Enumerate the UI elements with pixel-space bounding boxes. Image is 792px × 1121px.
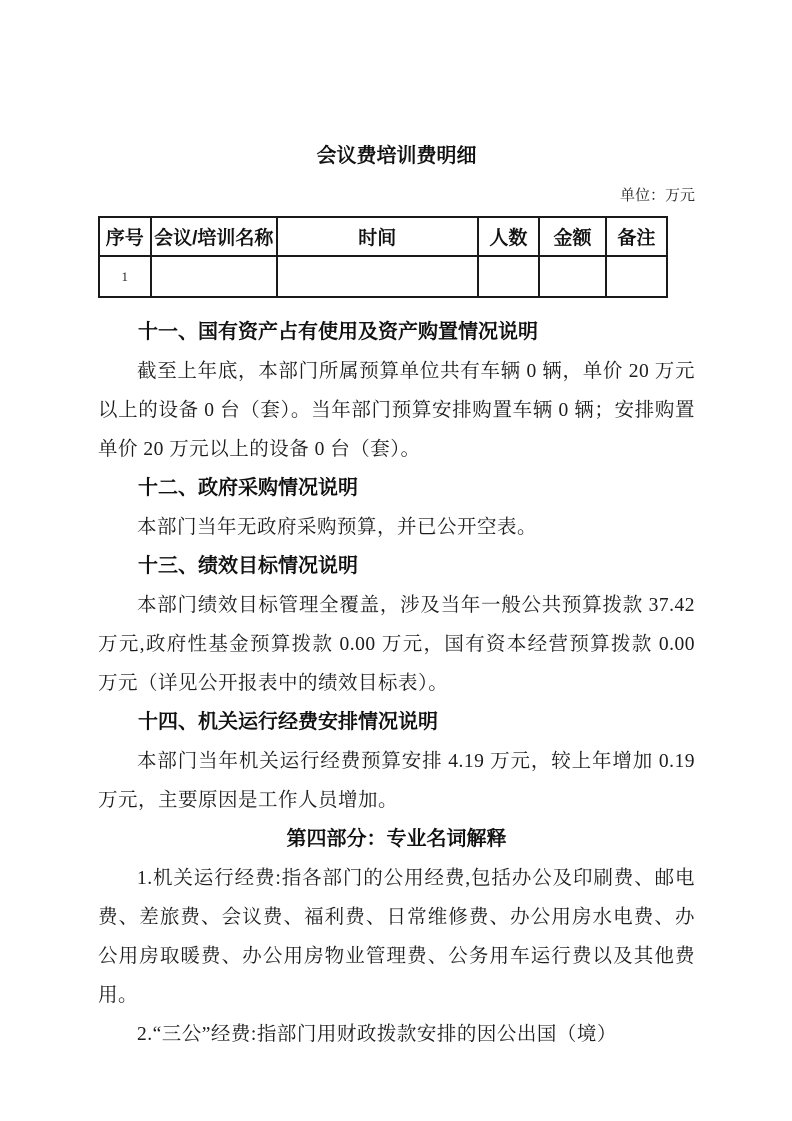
document-page: 会议费培训费明细 单位：万元 序号会议/培训名称时间人数金额备注 1 十一、国有… xyxy=(0,0,792,1121)
table-header-cell: 序号 xyxy=(99,217,151,256)
table-header-cell: 备注 xyxy=(606,217,667,256)
paragraph: 截至上年底，本部门所属预算单位共有车辆 0 辆，单价 20 万元以上的设备 0 … xyxy=(98,352,695,469)
paragraph: 本部门当年机关运行经费预算安排 4.19 万元，较上年增加 0.19 万元，主要… xyxy=(98,742,695,820)
table-cell xyxy=(606,256,667,297)
paragraph: 本部门绩效目标管理全覆盖，涉及当年一般公共预算拨款 37.42 万元,政府性基金… xyxy=(98,586,695,703)
table-header-cell: 会议/培训名称 xyxy=(151,217,277,256)
paragraph: 本部门当年无政府采购预算，并已公开空表。 xyxy=(98,508,695,547)
section-heading: 十三、绩效目标情况说明 xyxy=(98,547,695,586)
table-cell xyxy=(151,256,277,297)
table-cell: 1 xyxy=(99,256,151,297)
document-title: 会议费培训费明细 xyxy=(98,145,695,167)
unit-label: 单位：万元 xyxy=(98,188,695,204)
table-cell xyxy=(539,256,606,297)
section-heading: 十一、国有资产占有使用及资产购置情况说明 xyxy=(98,313,695,352)
table-header-cell: 人数 xyxy=(478,217,540,256)
table-body: 1 xyxy=(99,256,667,297)
paragraph: 2.“三公”经费:指部门用财政拨款安排的因公出国（境） xyxy=(98,1015,695,1054)
table-header-cell: 时间 xyxy=(277,217,478,256)
section-heading: 十四、机关运行经费安排情况说明 xyxy=(98,703,695,742)
table-cell xyxy=(277,256,478,297)
document-body: 十一、国有资产占有使用及资产购置情况说明截至上年底，本部门所属预算单位共有车辆 … xyxy=(98,313,695,1054)
paragraph: 1.机关运行经费:指各部门的公用经费,包括办公及印刷费、邮电费、差旅费、会议费、… xyxy=(98,859,695,1015)
table-cell xyxy=(478,256,540,297)
table-header-cell: 金额 xyxy=(539,217,606,256)
table-header-row: 序号会议/培训名称时间人数金额备注 xyxy=(99,217,667,256)
section-heading: 十二、政府采购情况说明 xyxy=(98,469,695,508)
part-heading: 第四部分：专业名词解释 xyxy=(98,820,695,859)
meeting-training-fee-table: 序号会议/培训名称时间人数金额备注 1 xyxy=(98,216,668,298)
table-row: 1 xyxy=(99,256,667,297)
